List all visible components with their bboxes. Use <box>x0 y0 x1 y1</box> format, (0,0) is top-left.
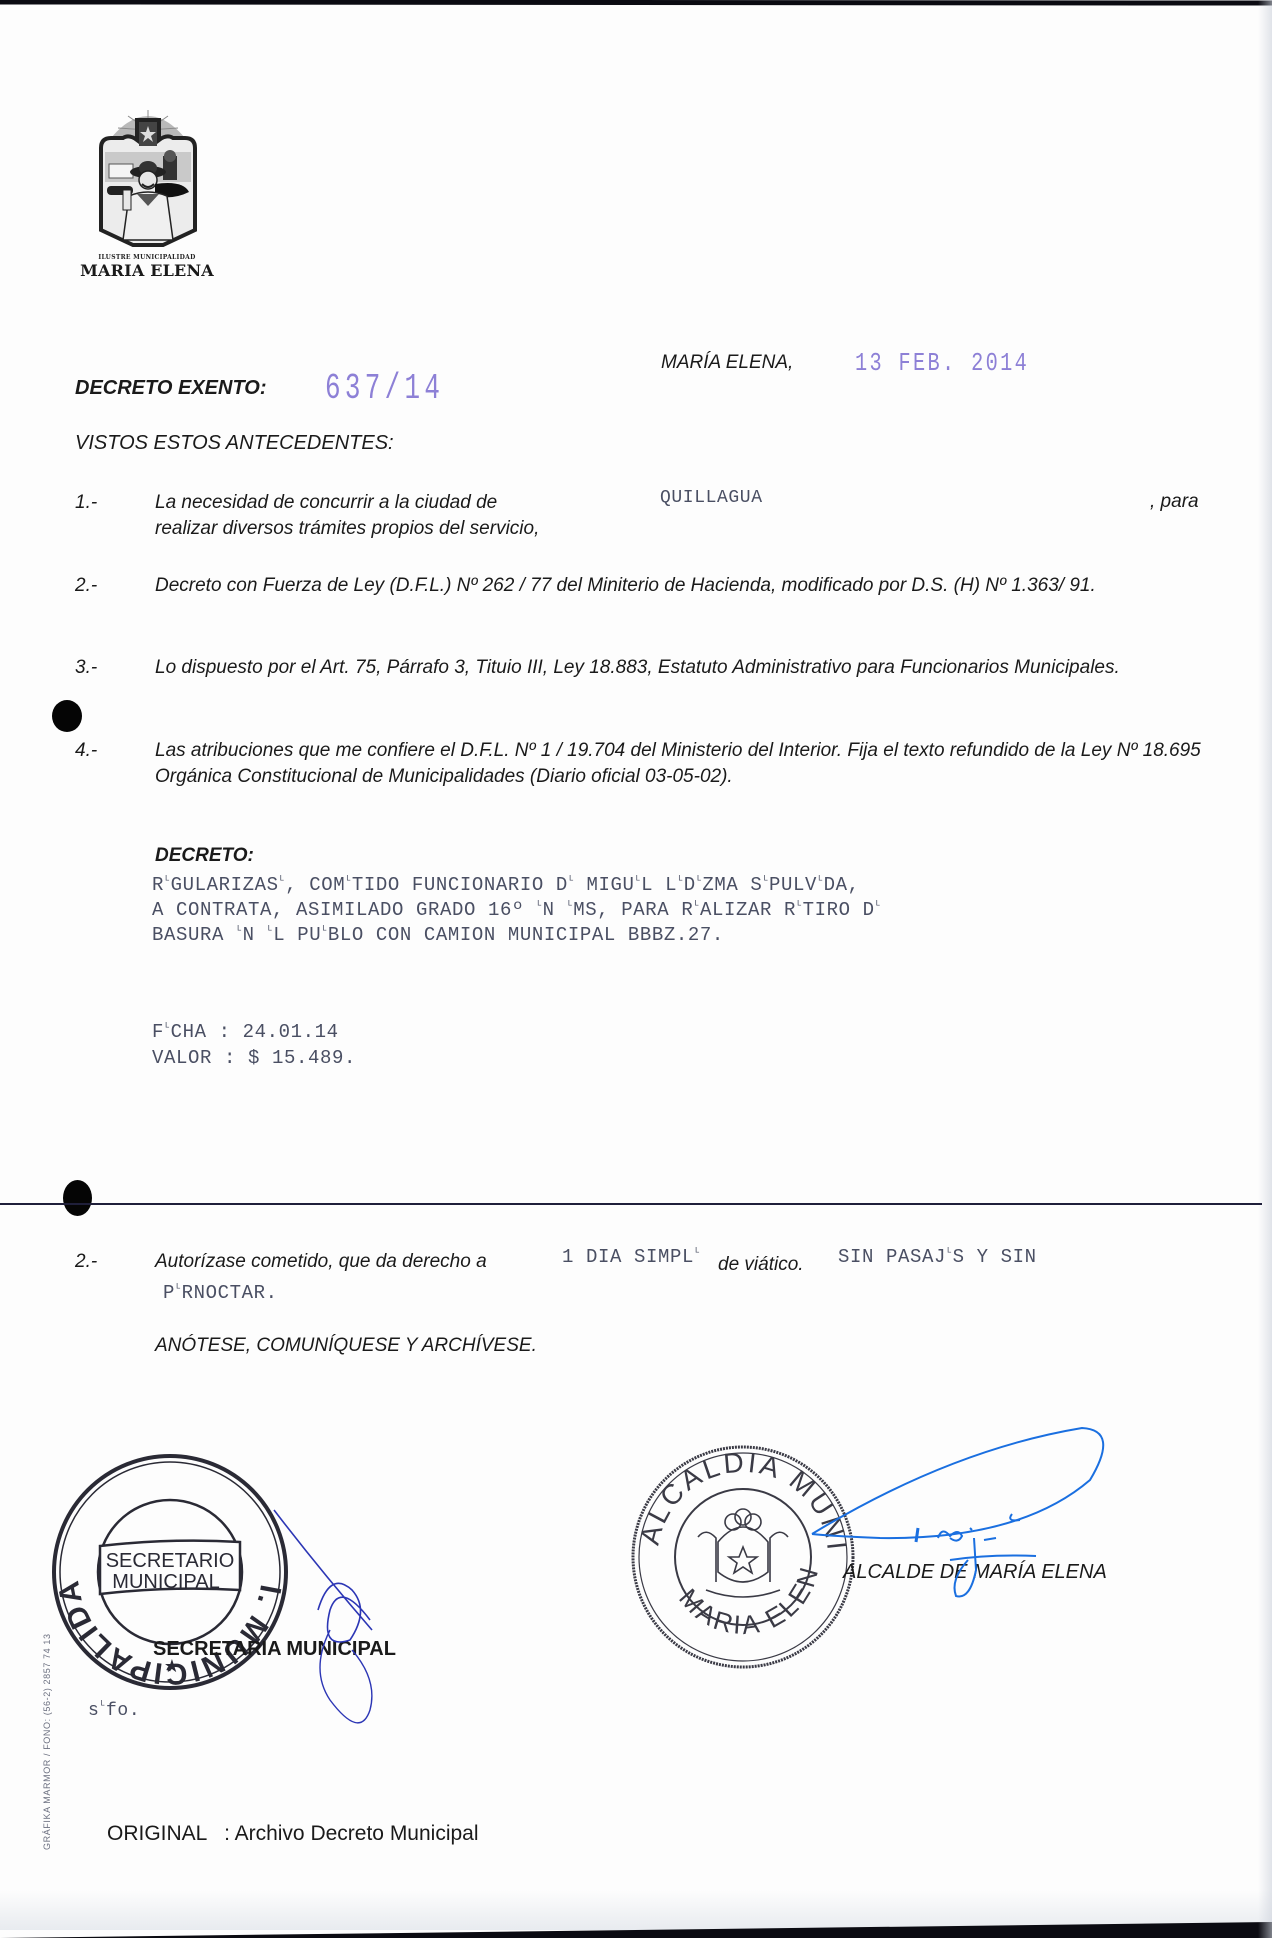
valor-row: VALOR : $ 15.489. <box>152 1047 356 1069</box>
typed-extra: SIN PASAJᴸS Y SIN <box>838 1246 1037 1268</box>
logo-name: MARIA ELENA <box>72 261 222 280</box>
punch-hole <box>52 700 82 732</box>
typewriter-e-artifact: ᴸ <box>536 900 543 912</box>
item-number: 1.- <box>75 490 135 516</box>
decree-label: DECRETO EXENTO: <box>75 377 267 400</box>
typist-initials: sᴸfo. <box>88 1700 140 1721</box>
typewriter-e-artifact: ᴸ <box>796 900 803 912</box>
typewriter-e-artifact: ᴸ <box>696 875 703 887</box>
typewriter-e-artifact: ᴸ <box>817 875 824 887</box>
typed-days: 1 DIA SIMPLᴸ <box>562 1246 701 1268</box>
scan-border-top <box>0 0 1272 6</box>
logo-subtitle: ILUSTRE MUNICIPALIDAD <box>72 254 222 261</box>
antecedentes-heading: VISTOS ESTOS ANTECEDENTES: <box>75 432 394 455</box>
typewriter-e-artifact: ᴸ <box>99 1700 106 1712</box>
secretary-signature-icon <box>260 1500 400 1740</box>
seal-center-line-2: MUNICIPAL <box>112 1571 219 1593</box>
date-stamp: 13 FEB. 2014 <box>855 348 1029 378</box>
typewriter-e-artifact: ᴸ <box>175 1283 182 1295</box>
authorization-text: Autorízase cometido, que da derecho a <box>155 1251 487 1273</box>
seal-center-line-1: SECRETARIO <box>106 1550 235 1572</box>
typewriter-e-artifact: ᴸ <box>677 875 684 887</box>
valor-label: VALOR <box>152 1047 212 1069</box>
typewriter-e-artifact: ᴸ <box>279 875 286 887</box>
item-text: Las atribuciones que me confiere el D.F.… <box>155 738 1272 790</box>
decreto-typed-line: BASURA ᴸN ᴸL PUᴸBLO CON CAMION MUNICIPAL… <box>152 924 724 946</box>
typewriter-e-artifact: ᴸ <box>693 900 700 912</box>
municipal-coat-of-arms-icon <box>93 100 203 250</box>
item-number: 4.- <box>75 738 135 764</box>
fecha-label: FᴸCHA <box>152 1021 207 1043</box>
divider-line <box>0 1203 1262 1205</box>
typewriter-e-artifact: ᴸ <box>567 900 574 912</box>
typewriter-e-artifact: ᴸ <box>568 875 575 887</box>
valor-value: $ 15.489. <box>248 1047 356 1069</box>
decree-number-stamp: 637/14 <box>325 368 444 409</box>
fecha-value: 24.01.14 <box>243 1021 339 1043</box>
typewriter-e-artifact: ᴸ <box>164 875 171 887</box>
authorization-number: 2.- <box>75 1251 97 1273</box>
fecha-row: FᴸCHA : 24.01.14 <box>152 1021 339 1043</box>
typed-extra-line2: PᴸRNOCTAR. <box>163 1282 278 1304</box>
typewriter-e-artifact: ᴸ <box>345 875 352 887</box>
typed-city: QUILLAGUA <box>660 488 763 508</box>
typewriter-e-artifact: ᴸ <box>875 900 882 912</box>
typewriter-e-artifact: ᴸ <box>694 1247 701 1259</box>
item-text-line2: realizar diversos trámites propios del s… <box>155 516 1272 542</box>
distribution-line: ORIGINAL : Archivo Decreto Municipal <box>107 1822 479 1846</box>
place-label: MARÍA ELENA, <box>661 352 793 374</box>
typewriter-e-artifact: ᴸ <box>236 925 243 937</box>
item-text: Lo dispuesto por el Art. 75, Párrafo 3, … <box>155 655 1272 681</box>
decreto-typed-line: A CONTRATA, ASIMILADO GRADO 16º ᴸN ᴸMS, … <box>152 899 881 921</box>
typewriter-e-artifact: ᴸ <box>762 875 769 887</box>
item-number: 2.- <box>75 573 135 599</box>
item-number: 3.- <box>75 655 135 681</box>
scan-shadow-right <box>1258 0 1272 1938</box>
typewriter-e-artifact: ᴸ <box>946 1247 953 1259</box>
mayor-signature-icon <box>800 1410 1120 1610</box>
closing-formula: ANÓTESE, COMUNÍQUESE Y ARCHÍVESE. <box>155 1335 537 1357</box>
typewriter-e-artifact: ᴸ <box>635 875 642 887</box>
decreto-heading: DECRETO: <box>155 845 254 867</box>
item-trailing: , para <box>1150 491 1199 513</box>
typewriter-e-artifact: ᴸ <box>321 925 328 937</box>
typewriter-e-artifact: ᴸ <box>164 1022 171 1034</box>
decreto-typed-line: RᴸGULARIZASᴸ, COMᴸTIDO FUNCIONARIO Dᴸ MI… <box>152 874 860 896</box>
scan-shadow-bottom <box>0 1890 1272 1930</box>
item-text: Decreto con Fuerza de Ley (D.F.L.) Nº 26… <box>155 573 1272 599</box>
typewriter-e-artifact: ᴸ <box>267 925 274 937</box>
punch-hole <box>63 1180 92 1216</box>
de-viatico-text: de viático. <box>718 1254 804 1276</box>
